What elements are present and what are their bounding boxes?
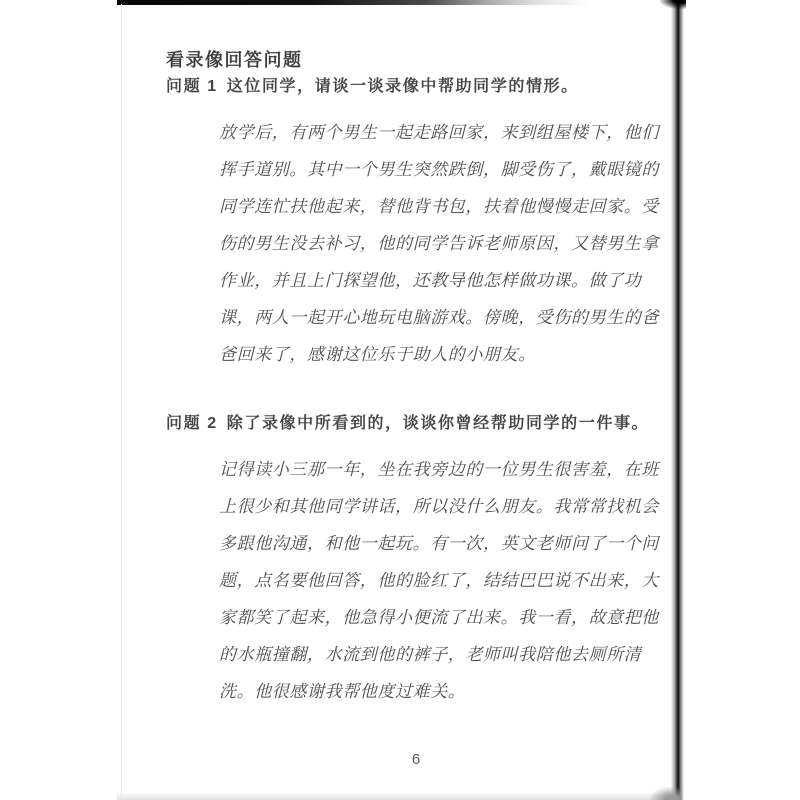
answer-line: 伤的男生没去补习，他的同学告诉老师原因，又替男生拿 [219, 226, 659, 263]
page-left-edge-line [121, 4, 122, 796]
page-number: 6 [404, 751, 428, 768]
question-2-line: 问题 2除了录像中所看到的，谈谈你曾经帮助同学的一件事。 [166, 413, 649, 435]
answer-line: 挥手道别。其中一个男生突然跌倒，脚受伤了，戴眼镜的 [219, 152, 659, 189]
answer-line: 爸回来了，感谢这位乐于助人的小朋友。 [219, 337, 659, 374]
question-2-answer-paragraph: 记得读小三那一年，坐在我旁边的一位男生很害羞，在班上很少和其他同学讲话，所以没什… [219, 452, 659, 711]
question-1-answer-paragraph: 放学后，有两个男生一起走路回家，来到组屋楼下，他们挥手道别。其中一个男生突然跌倒… [219, 115, 659, 374]
answer-line: 课，两人一起开心地玩电脑游戏。傍晚，受伤的男生的爸 [219, 300, 659, 337]
question-1-label: 问题 1 [166, 78, 218, 95]
question-1-prompt: 这位同学，请谈一谈录像中帮助同学的情形。 [227, 78, 579, 95]
answer-line: 放学后，有两个男生一起走路回家，来到组屋楼下，他们 [219, 115, 659, 152]
scanned-book-page: 看录像回答问题 问题 1这位同学，请谈一谈录像中帮助同学的情形。 放学后，有两个… [0, 0, 800, 800]
answer-line: 家都笑了起来，他急得小便流了出来。我一看，故意把他 [219, 600, 659, 637]
question-2-prompt: 除了录像中所看到的，谈谈你曾经帮助同学的一件事。 [227, 415, 649, 432]
scan-corner-bottom-right [648, 786, 682, 800]
answer-line: 的水瓶撞翻，水流到他的裤子，老师叫我陪他去厕所清 [219, 637, 659, 674]
scan-top-edge-artifact [117, 0, 679, 5]
answer-line: 题，点名要他回答，他的脸红了，结结巴巴说不出来，大 [219, 563, 659, 600]
section-title: 看录像回答问题 [166, 48, 303, 72]
answer-line: 同学连忙扶他起来，替他背书包，扶着他慢慢走回家。受 [219, 189, 659, 226]
scan-corner-top-right [660, 0, 686, 9]
answer-line: 作业，并且上门探望他，还教导他怎样做功课。做了功 [219, 263, 659, 300]
scan-bottom-edge-artifact [117, 792, 675, 800]
answer-line: 洗。他很感谢我帮他度过难关。 [219, 674, 659, 711]
question-1-line: 问题 1这位同学，请谈一谈录像中帮助同学的情形。 [166, 76, 579, 98]
answer-line: 多跟他沟通，和他一起玩。有一次，英文老师问了一个问 [219, 526, 659, 563]
answer-line: 上很少和其他同学讲话，所以没什么朋友。我常常找机会 [219, 489, 659, 526]
page-right-edge-shadow [671, 0, 684, 800]
question-2-label: 问题 2 [166, 415, 218, 432]
answer-line: 记得读小三那一年，坐在我旁边的一位男生很害羞，在班 [219, 452, 659, 489]
